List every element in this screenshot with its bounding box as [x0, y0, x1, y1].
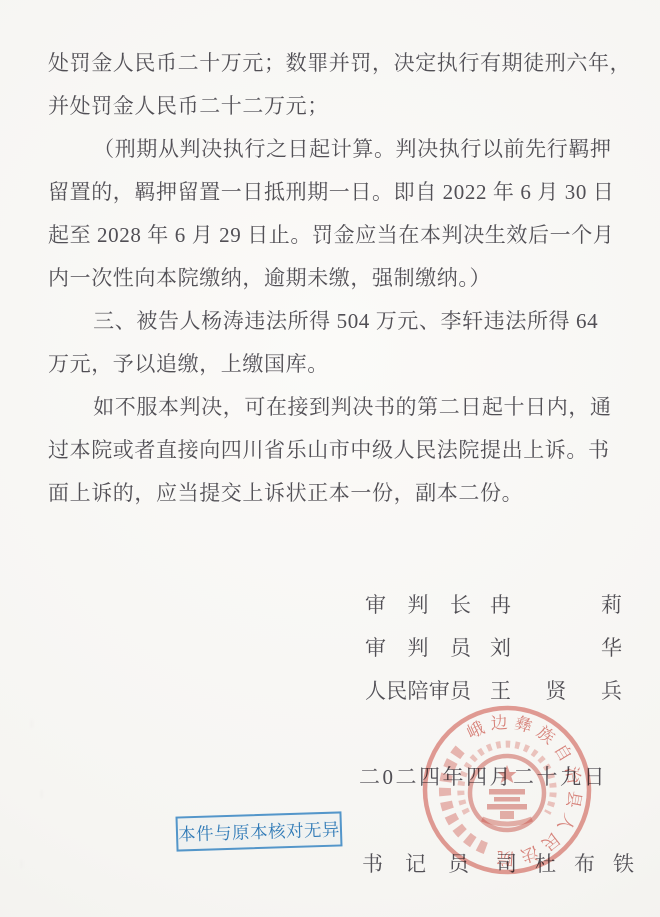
body-line: 万元，予以追缴，上缴国库。: [48, 343, 616, 386]
seal-yi-script-arc: [445, 746, 486, 848]
body-line: 留置的，羁押留置一日抵刑期一日。即自 2022 年 6 月 30 日: [48, 171, 616, 214]
presiding-judge-name: 冉莉: [490, 584, 622, 627]
national-emblem-icon: [470, 756, 544, 830]
verification-stamp-text: 本件与原本核对无异: [178, 816, 341, 846]
judge-row: 审判员 刘华: [365, 627, 622, 670]
judge-role-label: 审判员: [365, 627, 471, 670]
body-line: 起至 2028 年 6 月 29 日止。罚金应当在本判决生效后一个月: [48, 214, 616, 257]
body-line: 处罚金人民币二十万元；数罪并罚，决定执行有期徒刑六年，: [48, 42, 616, 85]
body-line: 并处罚金人民币二十二万元；: [48, 85, 616, 128]
signature-block: 审判长 冉莉 审判员 刘华 人民陪审员 王贤兵: [365, 584, 622, 713]
body-line: 面上诉的，应当提交上诉状正本一份，副本二份。: [48, 472, 616, 515]
judgment-document-page: 处罚金人民币二十万元；数罪并罚，决定执行有期徒刑六年， 并处罚金人民币二十二万元…: [0, 0, 660, 917]
judgment-body-text: 处罚金人民币二十万元；数罪并罚，决定执行有期徒刑六年， 并处罚金人民币二十二万元…: [48, 42, 616, 515]
body-line: （刑期从判决执行之日起计算。判决执行以前先行羁押: [48, 128, 616, 171]
body-line: 如不服本判决，可在接到判决书的第二日起十日内，通: [48, 386, 616, 429]
body-line: 内一次性向本院缴纳，逾期未缴，强制缴纳。）: [48, 257, 616, 300]
judge-name: 刘华: [490, 627, 622, 670]
body-line: 三、被告人杨涛违法所得 504 万元、李轩违法所得 64: [48, 300, 616, 343]
court-seal: 峨边彝族自治县人民法院: [420, 703, 594, 877]
presiding-judge-row: 审判长 冉莉: [365, 584, 622, 627]
presiding-judge-role-label: 审判长: [365, 584, 471, 627]
verification-stamp: 本件与原本核对无异: [175, 811, 342, 851]
body-line: 过本院或者直接向四川省乐山市中级人民法院提出上诉。书: [48, 429, 616, 472]
